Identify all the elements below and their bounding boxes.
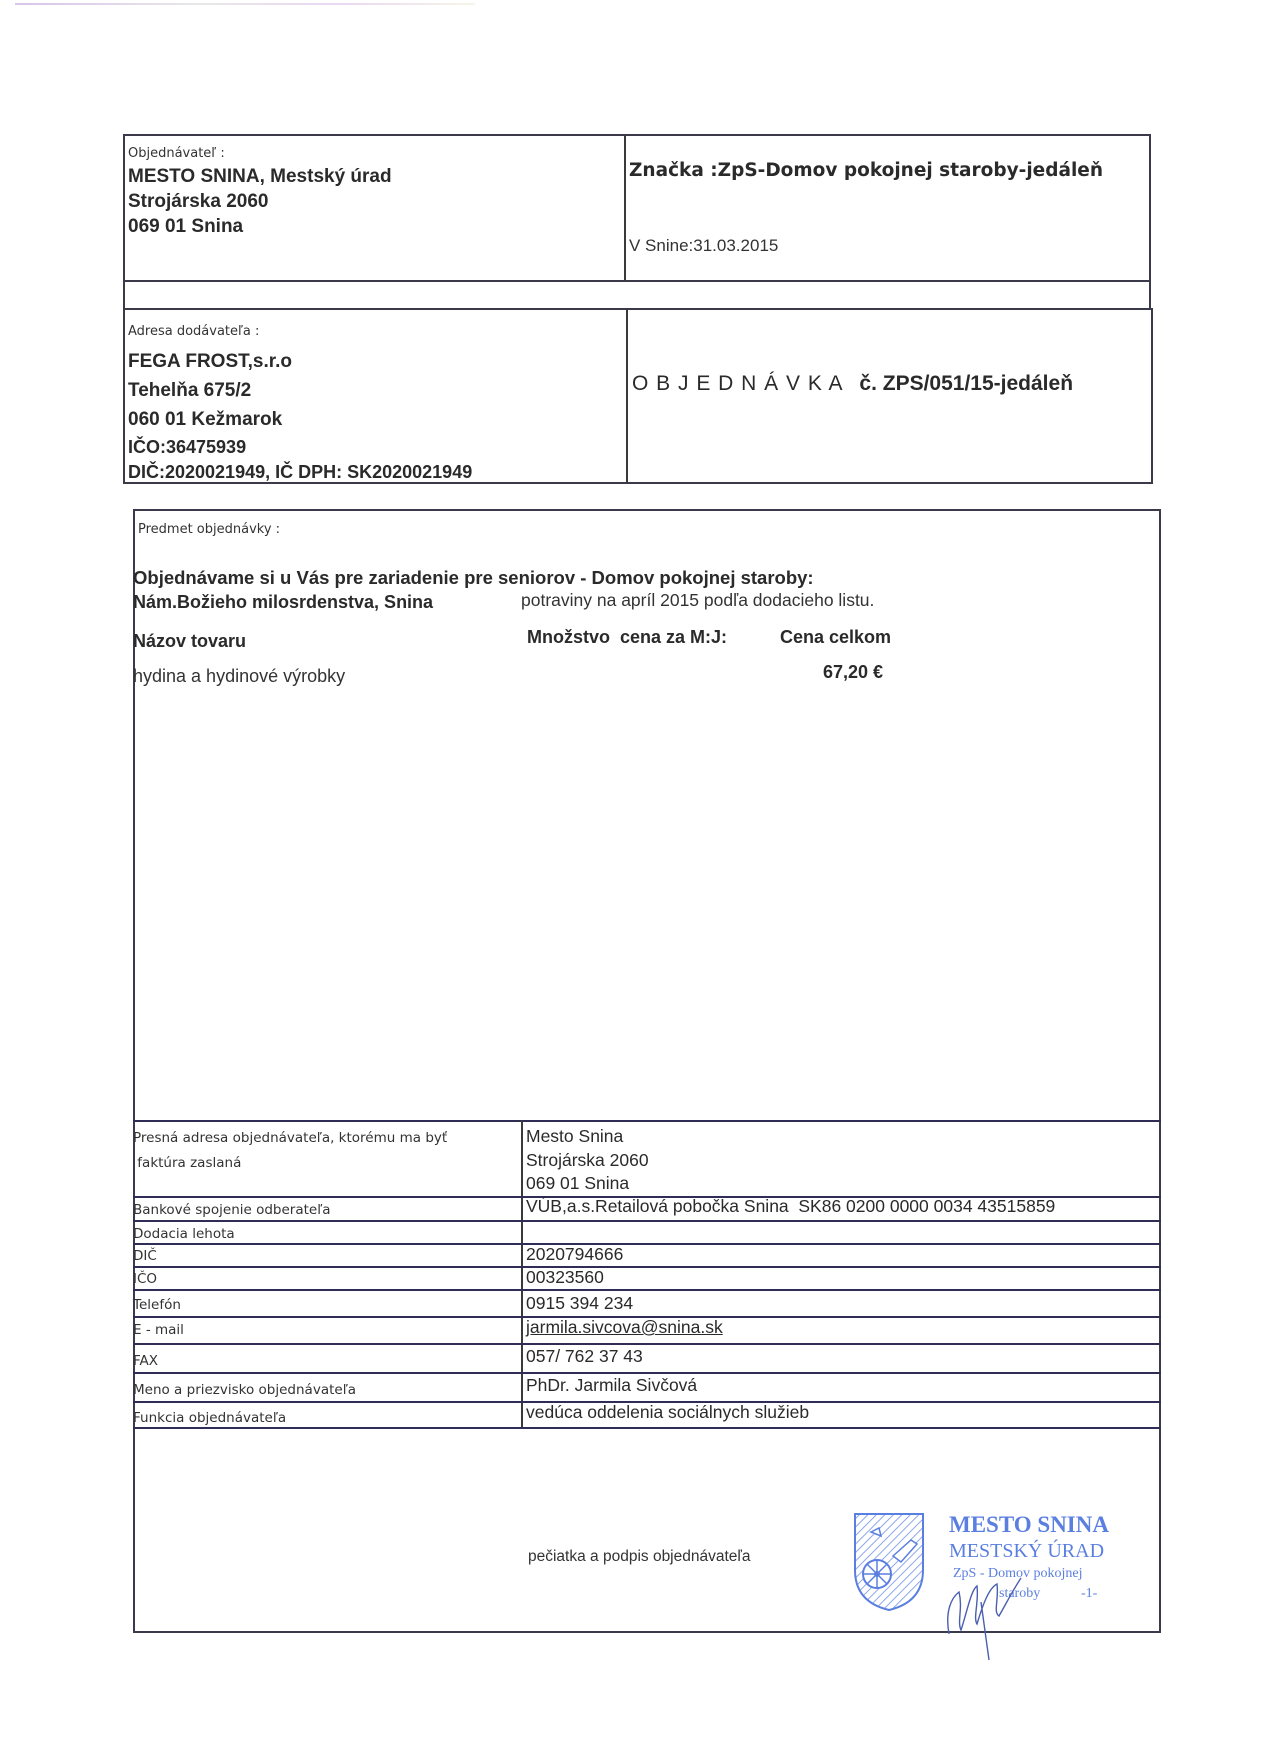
details-divider xyxy=(521,1120,523,1428)
row-value-email-link[interactable]: jarmila.sivcova@snina.sk xyxy=(526,1317,723,1338)
supplier-ico: IČO:36475939 xyxy=(128,437,246,458)
order-title: O B J E D N Á V K A č. ZPS/051/15-jedále… xyxy=(632,372,1073,396)
row-label-dic: DIČ xyxy=(133,1248,157,1264)
orderer-city: 069 01 Snina xyxy=(128,216,243,238)
row-label-name: Meno a priezvisko objednávateľa xyxy=(133,1382,356,1398)
stamp-line-1: MESTO SNINA xyxy=(949,1512,1109,1538)
col-header-name: Názov tovaru xyxy=(133,631,246,652)
row-border xyxy=(133,1266,1161,1268)
invoice-address-line-2: Strojárska 2060 xyxy=(526,1150,649,1171)
details-top-border xyxy=(133,1120,1161,1122)
supplier-divider xyxy=(626,308,628,484)
header-divider xyxy=(624,134,626,282)
row-label-email: E - mail xyxy=(133,1322,184,1338)
row-label-bank: Bankové spojenie odberateľa xyxy=(133,1202,331,1218)
row-value-bank: VÚB,a.s.Retailová pobočka Snina SK86 020… xyxy=(526,1196,1055,1217)
row-border xyxy=(133,1343,1161,1345)
subject-description: potraviny na apríl 2015 podľa dodacieho … xyxy=(521,590,874,611)
supplier-street: Tehelňa 675/2 xyxy=(128,380,251,402)
official-stamp: MESTO SNINA MESTSKÝ ÚRAD ZpS - Domov pok… xyxy=(853,1512,1123,1622)
order-number: č. ZPS/051/15-jedáleň xyxy=(859,372,1073,395)
item-total: 67,20 € xyxy=(823,662,883,683)
handwritten-signature-icon xyxy=(941,1542,1041,1662)
orderer-label: Objednávateľ : xyxy=(128,146,225,161)
row-border xyxy=(133,1289,1161,1291)
stamp-number: -1- xyxy=(1081,1586,1097,1602)
supplier-name: FEGA FROST,s.r.o xyxy=(128,351,292,373)
details-bottom-border xyxy=(133,1427,1161,1429)
item-name: hydina a hydinové výrobky xyxy=(133,666,345,687)
col-header-total: Cena celkom xyxy=(780,627,891,648)
invoice-address-line-3: 069 01 Snina xyxy=(526,1173,629,1194)
reference-mark: Značka :ZpS-Domov pokojnej staroby-jedál… xyxy=(629,160,1103,181)
subject-line1: Objednávame si u Vás pre zariadenie pre … xyxy=(133,567,814,589)
order-date: V Snine:31.03.2015 xyxy=(629,236,778,256)
row-value-function: vedúca oddelenia sociálnych služieb xyxy=(526,1402,809,1423)
row-value-fax: 057/ 762 37 43 xyxy=(526,1346,643,1367)
order-title-text: O B J E D N Á V K A xyxy=(632,372,844,395)
row-label-fax: FAX xyxy=(133,1353,158,1369)
invoice-address-label-1: Presná adresa objednávateľa, ktorému ma … xyxy=(133,1130,447,1146)
row-label-ico: IČO xyxy=(133,1271,157,1287)
supplier-box xyxy=(123,308,1153,484)
row-value-ico: 00323560 xyxy=(526,1267,604,1288)
row-label-function: Funkcia objednávateľa xyxy=(133,1410,286,1426)
orderer-street: Strojárska 2060 xyxy=(128,191,269,213)
col-header-quantity-price: Množstvo cena za M:J: xyxy=(527,627,727,648)
orderer-name: MESTO SNINA, Mestský úrad xyxy=(128,166,392,188)
subject-label: Predmet objednávky : xyxy=(138,522,280,537)
row-border xyxy=(133,1243,1161,1245)
row-label-delivery: Dodacia lehota xyxy=(133,1226,235,1242)
spacer-band xyxy=(123,280,1151,310)
header-box xyxy=(123,134,1151,282)
supplier-dic: DIČ:2020021949, IČ DPH: SK2020021949 xyxy=(128,462,472,483)
row-value-name: PhDr. Jarmila Sivčová xyxy=(526,1375,697,1396)
row-border xyxy=(133,1372,1161,1374)
coat-of-arms-icon xyxy=(853,1512,925,1612)
invoice-address-label-2: faktúra zaslaná xyxy=(133,1155,241,1171)
row-label-phone: Telefón xyxy=(133,1297,181,1313)
invoice-address-line-1: Mesto Snina xyxy=(526,1126,623,1147)
supplier-label: Adresa dodávateľa : xyxy=(128,324,259,339)
scan-edge-artifact xyxy=(15,3,475,5)
row-border xyxy=(133,1220,1161,1222)
subject-location: Nám.Božieho milosrdenstva, Snina xyxy=(133,592,433,613)
signature-label: pečiatka a podpis objednávateľa xyxy=(528,1548,751,1566)
row-value-phone: 0915 394 234 xyxy=(526,1293,633,1314)
supplier-city: 060 01 Kežmarok xyxy=(128,409,282,431)
row-value-dic: 2020794666 xyxy=(526,1244,623,1265)
